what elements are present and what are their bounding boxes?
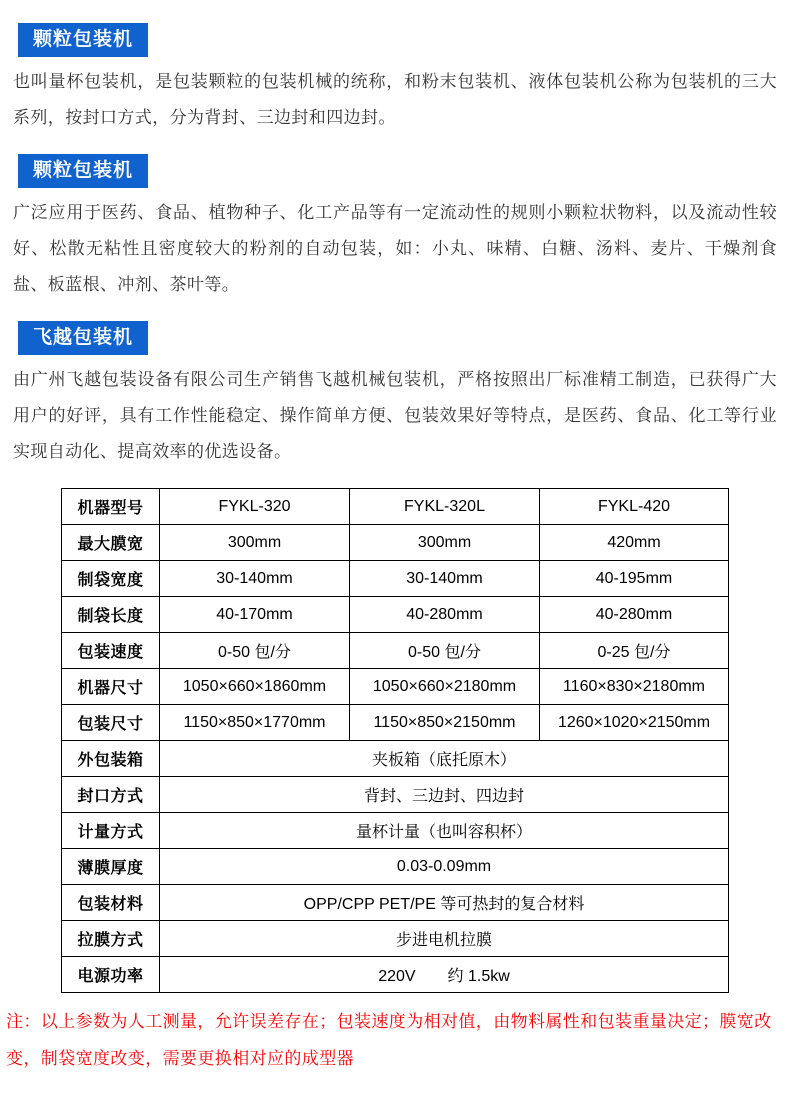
section-heading-badge: 飞越包装机 (18, 321, 148, 355)
row-label: 封口方式 (62, 777, 160, 813)
row-value-span: 背封、三边封、四边封 (160, 777, 729, 813)
row-value-span: 220V 约 1.5kw (160, 957, 729, 993)
row-label: 薄膜厚度 (62, 849, 160, 885)
table-row: 机器型号FYKL-320FYKL-320LFYKL-420 (62, 489, 729, 525)
section-paragraph: 也叫量杯包装机，是包装颗粒的包装机械的统称，和粉末包装机、液体包装机公称为包装机… (13, 64, 777, 136)
table-row: 包装材料OPP/CPP PET/PE 等可热封的复合材料 (62, 885, 729, 921)
table-row: 机器尺寸1050×660×1860mm1050×660×2180mm1160×8… (62, 669, 729, 705)
row-value-span: 夹板箱（底托原木） (160, 741, 729, 777)
row-label: 计量方式 (62, 813, 160, 849)
row-value: FYKL-320 (160, 489, 350, 525)
row-value: FYKL-420 (540, 489, 729, 525)
row-value: 1050×660×1860mm (160, 669, 350, 705)
row-value: 0-50 包/分 (350, 633, 540, 669)
product-detail-page: 颗粒包装机 也叫量杯包装机，是包装颗粒的包装机械的统称，和粉末包装机、液体包装机… (0, 0, 790, 1097)
row-value: 1160×830×2180mm (540, 669, 729, 705)
row-label: 外包装箱 (62, 741, 160, 777)
row-label: 包装材料 (62, 885, 160, 921)
section-heading-badge: 颗粒包装机 (18, 154, 148, 188)
row-label: 机器尺寸 (62, 669, 160, 705)
row-value-span: 0.03-0.09mm (160, 849, 729, 885)
table-row: 制袋长度40-170mm40-280mm40-280mm (62, 597, 729, 633)
row-value: 0-25 包/分 (540, 633, 729, 669)
row-value-span: 步进电机拉膜 (160, 921, 729, 957)
row-value: FYKL-320L (350, 489, 540, 525)
table-row: 拉膜方式步进电机拉膜 (62, 921, 729, 957)
row-value-span: OPP/CPP PET/PE 等可热封的复合材料 (160, 885, 729, 921)
footnote-text: 注：以上参数为人工测量，允许误差存在；包装速度为相对值，由物料属性和包装重量决定… (6, 1003, 777, 1077)
row-value: 1050×660×2180mm (350, 669, 540, 705)
row-value: 40-280mm (350, 597, 540, 633)
table-row: 封口方式背封、三边封、四边封 (62, 777, 729, 813)
row-label: 拉膜方式 (62, 921, 160, 957)
section-granule-intro: 颗粒包装机 也叫量杯包装机，是包装颗粒的包装机械的统称，和粉末包装机、液体包装机… (13, 23, 777, 136)
row-value: 1260×1020×2150mm (540, 705, 729, 741)
table-row: 外包装箱夹板箱（底托原木） (62, 741, 729, 777)
table-row: 薄膜厚度0.03-0.09mm (62, 849, 729, 885)
row-value-span: 量杯计量（也叫容积杯） (160, 813, 729, 849)
row-label: 包装速度 (62, 633, 160, 669)
section-paragraph: 由广州飞越包装设备有限公司生产销售飞越机械包装机，严格按照出厂标准精工制造，已获… (13, 362, 777, 470)
table-row: 最大膜宽300mm300mm420mm (62, 525, 729, 561)
table-row: 电源功率220V 约 1.5kw (62, 957, 729, 993)
section-granule-applications: 颗粒包装机 广泛应用于医药、食品、植物种子、化工产品等有一定流动性的规则小颗粒状… (13, 154, 777, 303)
section-paragraph: 广泛应用于医药、食品、植物种子、化工产品等有一定流动性的规则小颗粒状物料，以及流… (13, 195, 777, 303)
row-label: 包装尺寸 (62, 705, 160, 741)
row-value: 420mm (540, 525, 729, 561)
table-row: 包装速度0-50 包/分0-50 包/分0-25 包/分 (62, 633, 729, 669)
row-label: 机器型号 (62, 489, 160, 525)
row-label: 制袋宽度 (62, 561, 160, 597)
row-label: 电源功率 (62, 957, 160, 993)
row-value: 30-140mm (160, 561, 350, 597)
row-value: 300mm (350, 525, 540, 561)
table-row: 计量方式量杯计量（也叫容积杯） (62, 813, 729, 849)
row-value: 300mm (160, 525, 350, 561)
row-value: 0-50 包/分 (160, 633, 350, 669)
spec-table-body: 机器型号FYKL-320FYKL-320LFYKL-420最大膜宽300mm30… (62, 489, 729, 993)
row-value: 1150×850×1770mm (160, 705, 350, 741)
row-label: 最大膜宽 (62, 525, 160, 561)
row-label: 制袋长度 (62, 597, 160, 633)
section-feiyue-brand: 飞越包装机 由广州飞越包装设备有限公司生产销售飞越机械包装机，严格按照出厂标准精… (13, 321, 777, 470)
row-value: 40-195mm (540, 561, 729, 597)
spec-table: 机器型号FYKL-320FYKL-320LFYKL-420最大膜宽300mm30… (61, 488, 729, 993)
row-value: 1150×850×2150mm (350, 705, 540, 741)
table-row: 制袋宽度30-140mm30-140mm40-195mm (62, 561, 729, 597)
row-value: 30-140mm (350, 561, 540, 597)
row-value: 40-280mm (540, 597, 729, 633)
section-heading-badge: 颗粒包装机 (18, 23, 148, 57)
row-value: 40-170mm (160, 597, 350, 633)
table-row: 包装尺寸1150×850×1770mm1150×850×2150mm1260×1… (62, 705, 729, 741)
